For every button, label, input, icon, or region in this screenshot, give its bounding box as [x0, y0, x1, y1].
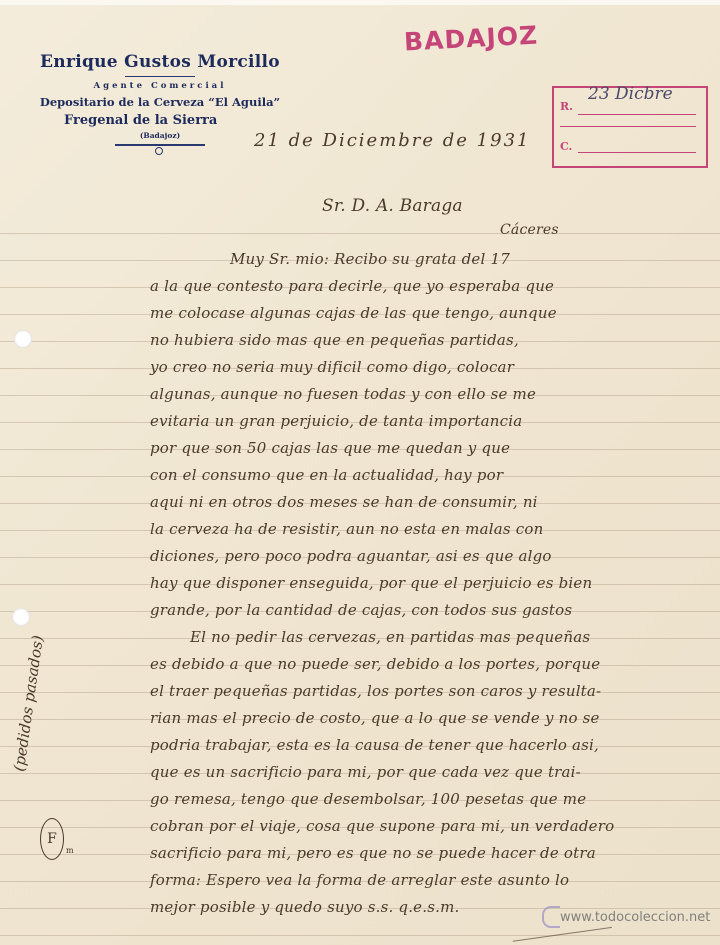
- letter-line: go remesa, tengo que desembolsar, 100 pe…: [150, 790, 586, 808]
- letterhead-divider: [125, 76, 195, 77]
- letter-line: forma: Espero vea la forma de arreglar e…: [150, 871, 569, 889]
- letter-line: es debido a que no puede ser, debido a l…: [150, 655, 600, 673]
- letter-line: algunas, aunque no fuesen todas y con el…: [150, 385, 536, 403]
- punch-hole: [12, 608, 30, 626]
- letter-line: podria trabajar, esta es la causa de ten…: [150, 736, 599, 754]
- letter-line: evitaria un gran perjuicio, de tanta imp…: [150, 412, 522, 430]
- stamp-city: BADAJOZ: [403, 21, 539, 57]
- received-stamp: R. 23 Dicbre C.: [552, 86, 708, 168]
- letter-line: hay que disponer enseguida, por que el p…: [150, 574, 592, 592]
- letter-line: rian mas el precio de costo, que a lo qu…: [150, 709, 600, 727]
- stamp-c-line: [578, 152, 696, 153]
- circled-mark-sub: m: [66, 846, 74, 855]
- letter-city: Cáceres: [500, 222, 559, 238]
- letter-line: mejor posible y quedo suyo s.s. q.e.s.m.: [150, 898, 459, 916]
- letter-line: el traer pequeñas partidas, los portes s…: [150, 682, 601, 700]
- letter-date: 21 de Diciembre de 1931: [254, 130, 530, 151]
- stamp-r-value: 23 Dicbre: [588, 84, 673, 104]
- letterhead-role: Agente Comercial: [20, 81, 300, 91]
- stamp-c-label: C.: [560, 140, 572, 153]
- circled-mark: F: [40, 818, 64, 860]
- punch-hole: [14, 330, 32, 348]
- letter-line: a la que contesto para decirle, que yo e…: [150, 277, 554, 295]
- letter-line: por que son 50 cajas las que me quedan y…: [150, 439, 510, 457]
- letter-line: El no pedir las cervezas, en partidas ma…: [190, 628, 590, 646]
- letter-line: grande, por la cantidad de cajas, con to…: [150, 601, 572, 619]
- letter-line: con el consumo que en la actualidad, hay…: [150, 466, 503, 484]
- letterhead-ornament: [115, 144, 205, 146]
- watermark: www.todocoleccion.net: [560, 910, 710, 925]
- letter-page: Enrique Gustos Morcillo Agente Comercial…: [0, 0, 720, 945]
- letter-line: la cerveza ha de resistir, aun no esta e…: [150, 520, 543, 538]
- paper-top-edge: [0, 0, 720, 5]
- letter-addressee: Sr. D. A. Baraga: [322, 196, 463, 216]
- letterhead-depository: Depositario de la Cerveza “El Aguila”: [20, 95, 300, 109]
- letter-line: aqui ni en otros dos meses se han de con…: [150, 493, 538, 511]
- letter-line: cobran por el viaje, cosa que supone par…: [150, 817, 614, 835]
- stamp-r-line: [578, 114, 696, 115]
- letter-line: yo creo no seria muy dificil como digo, …: [150, 358, 514, 376]
- letter-line: me colocase algunas cajas de las que ten…: [150, 304, 557, 322]
- watermark-logo-icon: [542, 906, 560, 928]
- letter-line: no hubiera sido mas que en pequeñas part…: [150, 331, 519, 349]
- letterhead-name: Enrique Gustos Morcillo: [20, 52, 300, 72]
- stamp-mid-line: [560, 126, 696, 127]
- stamp-r-label: R.: [560, 100, 573, 113]
- letter-line: que es un sacrificio para mi, por que ca…: [150, 763, 581, 781]
- letter-line: sacrificio para mi, pero es que no se pu…: [150, 844, 596, 862]
- margin-note: (pedidos pasados): [10, 634, 47, 772]
- letterhead-town: Fregenal de la Sierra: [20, 113, 300, 128]
- letter-line: diciones, pero poco podra aguantar, asi …: [150, 547, 552, 565]
- letter-line: Muy Sr. mio: Recibo su grata del 17: [230, 250, 510, 268]
